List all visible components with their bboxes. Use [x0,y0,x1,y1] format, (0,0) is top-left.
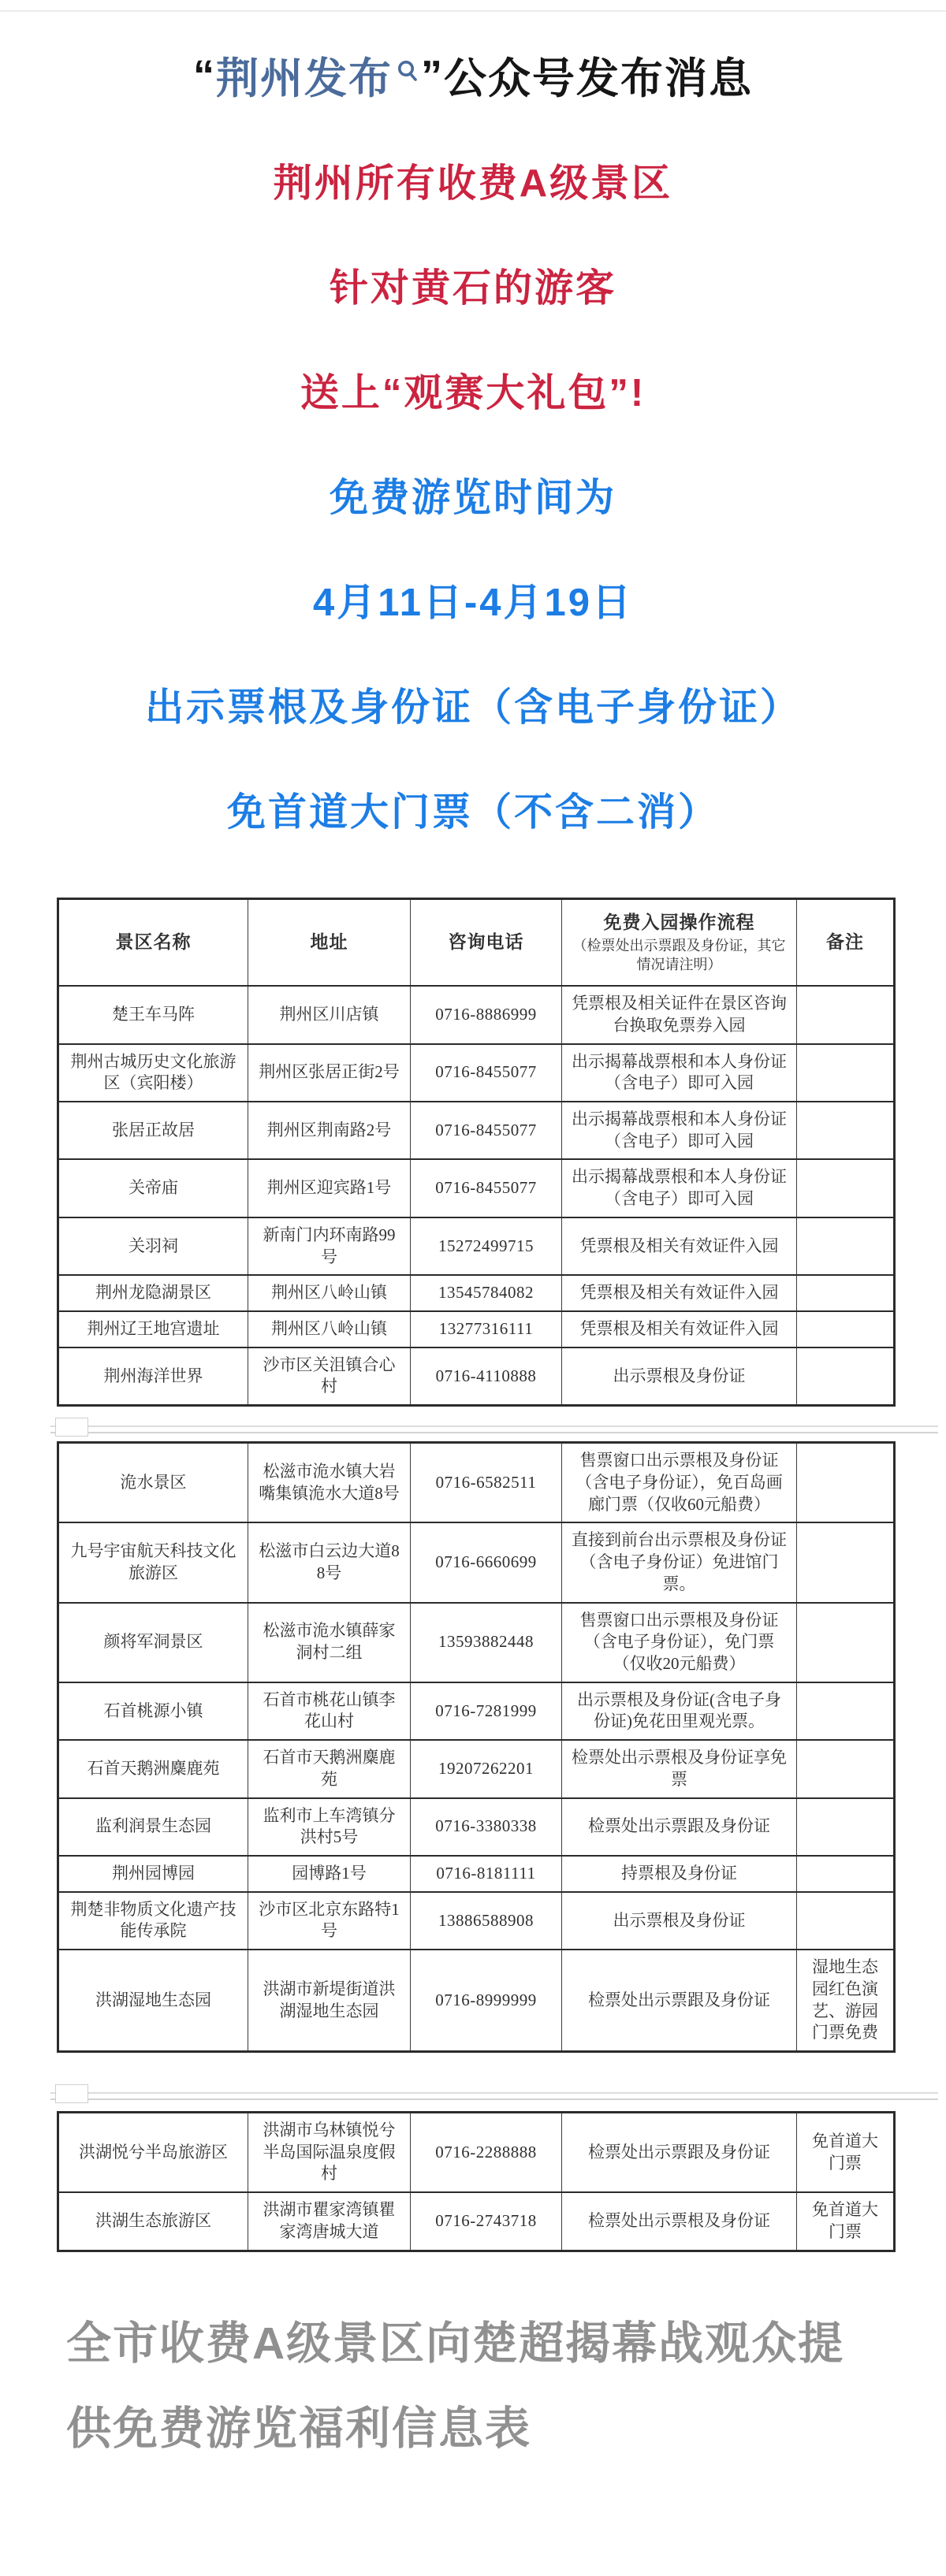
remark-cell [797,1892,895,1950]
table-row: 荆楚非物质文化遗产技能传承院沙市区北京东路特1号13886588908出示票根及… [58,1892,895,1950]
remark-cell [797,1275,895,1311]
scenic-name-cell: 九号宇宙航天科技文化旅游区 [58,1522,248,1602]
phone-cell: 0716-6660699 [411,1522,562,1602]
phone-cell: 19207262201 [411,1740,562,1797]
procedure-cell: 售票窗口出示票根及身份证（含电子身份证），免百岛画廊门票（仅收60元船费） [562,1443,797,1523]
remark-cell [797,1311,895,1347]
article-page: “荆州发布 ”公众号发布消息 荆州所有收费A级景区 针对黄石的游客 送上“观赛大… [0,0,946,2576]
procedure-cell: 出示票根及身份证 [562,1347,797,1406]
table-row: 洪湖生态旅游区洪湖市瞿家湾镇瞿家湾唐城大道0716-2743718检票处出示票根… [58,2192,895,2251]
procedure-cell: 检票处出示票跟及身份证 [562,1798,797,1856]
phone-cell: 0716-8181111 [411,1856,562,1892]
scenic-area-table-3: 洪湖悦兮半岛旅游区洪湖市乌林镇悦兮半岛国际温泉度假村0716-2288888检票… [57,2111,896,2252]
address-cell: 松滋市洈水镇薛家洞村二组 [248,1603,411,1682]
phone-cell: 0716-7281999 [411,1682,562,1740]
remark-cell [797,986,895,1043]
address-cell: 沙市区北京东路特1号 [248,1892,411,1950]
table-row: 荆州园博园园博路1号0716-8181111持票根及身份证 [58,1856,895,1892]
procedure-cell: 凭票根及相关有效证件入园 [562,1217,797,1275]
remark-cell [797,1682,895,1740]
phone-cell: 0716-8999999 [411,1950,562,2051]
address-cell: 石首市天鹅洲麋鹿苑 [248,1740,411,1797]
remark-cell [797,1217,895,1275]
address-cell: 石首市桃花山镇李花山村 [248,1682,411,1740]
table-row: 石首桃源小镇石首市桃花山镇李花山村0716-7281999出示票根及身份证(含电… [58,1682,895,1740]
remark-cell: 免首道大门票 [797,2192,895,2251]
address-cell: 园博路1号 [248,1856,411,1892]
remark-cell [797,1740,895,1797]
procedure-cell: 凭票根及相关有效证件入园 [562,1311,797,1347]
remark-cell [797,1856,895,1892]
phone-cell: 0716-6582511 [411,1443,562,1523]
phone-cell: 0716-8886999 [411,986,562,1043]
procedure-cell: 持票根及身份证 [562,1856,797,1892]
remark-cell: 湿地生态园红色演艺、游园门票免费 [797,1950,895,2051]
scenic-name-cell: 荆楚非物质文化遗产技能传承院 [58,1892,248,1950]
address-cell: 新南门内环南路99号 [248,1217,411,1275]
procedure-cell: 凭票根及相关证件在景区咨询台换取免票券入园 [562,986,797,1043]
figure-caption: 全市收费A级景区向楚超揭幕战观众提供免费游览福利信息表 [66,2301,862,2472]
headline-line: 免首道大门票（不含二消） [0,756,946,861]
scenic-name-cell: 石首天鹅洲麋鹿苑 [58,1740,248,1797]
address-cell: 松滋市白云边大道88号 [248,1522,411,1602]
table-row: 关羽祠新南门内环南路99号15272499715凭票根及相关有效证件入园 [58,1217,895,1275]
scenic-name-cell: 荆州辽王地宫遗址 [58,1311,248,1347]
phone-cell: 15272499715 [411,1217,562,1275]
table-row: 颜将军洞景区松滋市洈水镇薛家洞村二组13593882448售票窗口出示票根及身份… [58,1603,895,1682]
remark-cell [797,1522,895,1602]
phone-cell: 0716-3380338 [411,1798,562,1856]
magnifier-icon [396,44,419,93]
remark-cell [797,1443,895,1523]
procedure-cell: 直接到前台出示票根及身份证（含电子身份证）免进馆门票。 [562,1522,797,1602]
col-header-name: 景区名称 [58,899,248,987]
phone-cell: 0716-4110888 [411,1347,562,1406]
scenic-name-cell: 洪湖生态旅游区 [58,2192,248,2251]
procedure-cell: 出示揭幕战票根和本人身份证（含电子）即可入园 [562,1044,797,1102]
table-row: 洈水景区松滋市洈水镇大岩嘴集镇洈水大道8号0716-6582511售票窗口出示票… [58,1443,895,1523]
scenic-name-cell: 洪湖悦兮半岛旅游区 [58,2113,248,2193]
phone-cell: 13593882448 [411,1603,562,1682]
procedure-cell: 检票处出示票根及身份证 [562,2192,797,2251]
phone-cell: 13886588908 [411,1892,562,1950]
scenic-name-cell: 荆州龙隐湖景区 [58,1275,248,1311]
headline-line: 荆州所有收费A级景区 [0,128,946,232]
phone-cell: 0716-8455077 [411,1044,562,1102]
address-cell: 沙市区关沮镇合心村 [248,1347,411,1406]
remark-cell [797,1159,895,1217]
procedure-cell: 出示票根及身份证 [562,1892,797,1950]
phone-cell: 0716-2743718 [411,2192,562,2251]
address-cell: 荆州区荆南路2号 [248,1102,411,1159]
col-header-phone: 咨询电话 [411,899,562,987]
account-name: 荆州发布 [216,45,393,106]
procedure-cell: 检票处出示票根及身份证享免票 [562,1740,797,1797]
scenic-name-cell: 张居正故居 [58,1102,248,1159]
open-quote: “ [193,51,216,100]
headline-block: “荆州发布 ”公众号发布消息 荆州所有收费A级景区 针对黄石的游客 送上“观赛大… [0,12,946,861]
remark-cell [797,1347,895,1406]
phone-cell: 13545784082 [411,1275,562,1311]
scenic-name-cell: 关羽祠 [58,1217,248,1275]
scenic-name-cell: 荆州园博园 [58,1856,248,1892]
table-row: 洪湖湿地生态园洪湖市新堤街道洪湖湿地生态园0716-8999999检票处出示票跟… [58,1950,895,2051]
table-row: 石首天鹅洲麋鹿苑石首市天鹅洲麋鹿苑19207262201检票处出示票根及身份证享… [58,1740,895,1797]
table-row: 荆州古城历史文化旅游区（宾阳楼）荆州区张居正街2号0716-8455077出示揭… [58,1044,895,1102]
table-row: 荆州辽王地宫遗址荆州区八岭山镇13277316111凭票根及相关有效证件入园 [58,1311,895,1347]
address-cell: 松滋市洈水镇大岩嘴集镇洈水大道8号 [248,1443,411,1523]
address-cell: 荆州区八岭山镇 [248,1275,411,1311]
col-header-procedure: 免费入园操作流程 （检票处出示票跟及身份证，其它情况请注明） [562,899,797,987]
phone-cell: 13277316111 [411,1311,562,1347]
table-row: 荆州海洋世界沙市区关沮镇合心村0716-4110888出示票根及身份证 [58,1347,895,1406]
scenic-name-cell: 楚王车马阵 [58,986,248,1043]
headline-line: 出示票根及身份证（含电子身份证） [0,652,946,756]
scenic-area-table-2: 洈水景区松滋市洈水镇大岩嘴集镇洈水大道8号0716-6582511售票窗口出示票… [57,1441,896,2053]
table-row: 监利润景生态园监利市上车湾镇分洪村5号0716-3380338检票处出示票跟及身… [58,1798,895,1856]
remark-cell [797,1102,895,1159]
remark-cell [797,1044,895,1102]
scenic-name-cell: 荆州海洋世界 [58,1347,248,1406]
col-header-address: 地址 [248,899,411,987]
col-header-remark: 备注 [797,899,895,987]
scenic-name-cell: 关帝庙 [58,1159,248,1217]
table-row: 楚王车马阵荆州区川店镇0716-8886999凭票根及相关证件在景区咨询台换取免… [58,986,895,1043]
procedure-cell: 出示揭幕战票根和本人身份证（含电子）即可入园 [562,1159,797,1217]
procedure-cell: 出示揭幕战票根和本人身份证（含电子）即可入园 [562,1102,797,1159]
scenic-name-cell: 颜将军洞景区 [58,1603,248,1682]
procedure-cell: 售票窗口出示票根及身份证（含电子身份证），免门票（仅收20元船费） [562,1603,797,1682]
procedure-cell: 检票处出示票跟及身份证 [562,1950,797,2051]
masthead-suffix: 公众号发布消息 [444,45,753,106]
remark-cell [797,1603,895,1682]
procedure-cell: 凭票根及相关有效证件入园 [562,1275,797,1311]
phone-cell: 0716-8455077 [411,1102,562,1159]
scenic-name-cell: 荆州古城历史文化旅游区（宾阳楼） [58,1044,248,1102]
headline-line: 免费游览时间为 [0,442,946,547]
scenic-name-cell: 洪湖湿地生态园 [58,1950,248,2051]
headline-line: 针对黄石的游客 [0,232,946,337]
address-cell: 荆州区八岭山镇 [248,1311,411,1347]
scenic-name-cell: 石首桃源小镇 [58,1682,248,1740]
close-quote: ” [421,51,444,100]
phone-cell: 0716-2288888 [411,2113,562,2193]
table-header-row: 景区名称 地址 咨询电话 免费入园操作流程 （检票处出示票跟及身份证，其它情况请… [58,899,895,987]
headline-line: 送上“观赛大礼包”! [0,337,946,442]
address-cell: 荆州区迎宾路1号 [248,1159,411,1217]
table-row: 洪湖悦兮半岛旅游区洪湖市乌林镇悦兮半岛国际温泉度假村0716-2288888检票… [58,2113,895,2193]
address-cell: 洪湖市瞿家湾镇瞿家湾唐城大道 [248,2192,411,2251]
page-break-marker [0,1416,946,1440]
scenic-name-cell: 洈水景区 [58,1443,248,1523]
table-row: 九号宇宙航天科技文化旅游区松滋市白云边大道88号0716-6660699直接到前… [58,1522,895,1602]
address-cell: 洪湖市新堤街道洪湖湿地生态园 [248,1950,411,2051]
headline-line: 4月11日-4月19日 [0,547,946,652]
address-cell: 荆州区川店镇 [248,986,411,1043]
table-row: 荆州龙隐湖景区荆州区八岭山镇13545784082凭票根及相关有效证件入园 [58,1275,895,1311]
address-cell: 监利市上车湾镇分洪村5号 [248,1798,411,1856]
scenic-area-table-1: 景区名称 地址 咨询电话 免费入园操作流程 （检票处出示票跟及身份证，其它情况请… [57,898,896,1407]
remark-cell [797,1798,895,1856]
table-row: 张居正故居荆州区荆南路2号0716-8455077出示揭幕战票根和本人身份证（含… [58,1102,895,1159]
remark-cell: 免首道大门票 [797,2113,895,2193]
address-cell: 荆州区张居正街2号 [248,1044,411,1102]
page-break-marker [0,2083,946,2106]
address-cell: 洪湖市乌林镇悦兮半岛国际温泉度假村 [248,2113,411,2193]
table-row: 关帝庙荆州区迎宾路1号0716-8455077出示揭幕战票根和本人身份证（含电子… [58,1159,895,1217]
masthead-line: “荆州发布 ”公众号发布消息 [0,23,946,128]
phone-cell: 0716-8455077 [411,1159,562,1217]
procedure-cell: 检票处出示票跟及身份证 [562,2113,797,2193]
scenic-name-cell: 监利润景生态园 [58,1798,248,1856]
procedure-cell: 出示票根及身份证(含电子身份证)免花田里观光票。 [562,1682,797,1740]
